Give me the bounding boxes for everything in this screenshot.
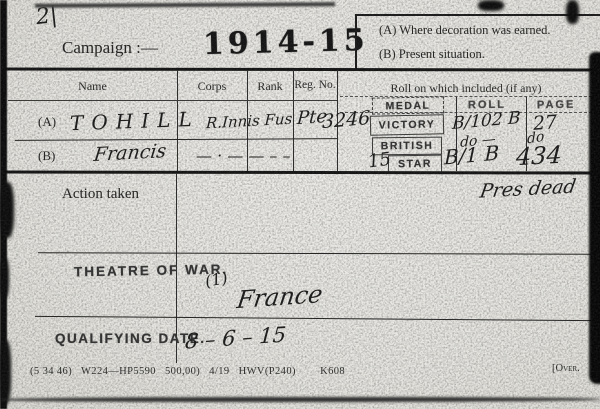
scan-smudge-top <box>35 2 335 8</box>
scan-smudge-bottom <box>0 397 600 402</box>
column-header-roll: Roll on which included (if any) <box>340 81 592 96</box>
legend-box: (A) Where decoration was earned. (B) Pre… <box>355 14 600 71</box>
theatre-value: France <box>235 280 324 314</box>
column-header-reg-no: Reg. No. <box>291 79 339 91</box>
column-header-name: Name <box>8 79 177 94</box>
theatre-number: (1) <box>204 268 230 291</box>
row-a-name: TOHILL <box>70 107 200 136</box>
scan-edge-right <box>589 52 600 384</box>
victory-medal-stamp: VICTORY <box>370 114 444 136</box>
scan-blob-left-1 <box>0 182 14 238</box>
column-header-corps: Corps <box>177 79 247 94</box>
column-header-rank: Rank <box>247 79 293 94</box>
campaign-year: 1914-15 <box>203 23 370 62</box>
presumed-dead-note: Pres dead <box>478 175 577 202</box>
qualifying-date-value: 8 – 6 – 15 <box>184 322 287 353</box>
printer-code: (5 34 46) W224—HP5590 500,00) 4/19 HWV(P… <box>30 366 345 377</box>
qualifying-date-stamp: QUALIFYING DATE. <box>55 331 206 346</box>
divider-action-theatre <box>38 252 592 254</box>
scan-blob-left-2 <box>0 258 9 298</box>
divider-under-left-headers <box>8 100 337 101</box>
action-taken-label: Action taken <box>62 186 139 203</box>
page-column-stamp: PAGE <box>537 99 576 112</box>
star-prefix-15: 15 <box>367 149 393 173</box>
divider-theatre-qualifying <box>35 316 592 321</box>
row-a-corps: R.Innis Fus <box>206 110 293 133</box>
row-b-label: (B) <box>38 148 55 164</box>
star-roll-value: B/1 B <box>444 141 499 170</box>
legend-line-b: (B) Present situation. <box>379 47 600 62</box>
divider-rows-bottom <box>4 170 600 174</box>
scan-mark-top-right <box>566 0 579 24</box>
legend-line-a: (A) Where decoration was earned. <box>379 23 600 38</box>
medal-column-stamp: MEDAL <box>372 96 444 114</box>
row-a-reg-no: 3246 <box>322 107 371 133</box>
over-note: [Over. <box>552 363 580 374</box>
campaign-label: Campaign :— <box>62 38 158 58</box>
scan-blob-top-right <box>478 0 504 11</box>
row-a-label: (A) <box>38 114 56 130</box>
divider-header <box>4 67 600 71</box>
medal-index-card: 2| Campaign :— 1914-15 (A) Where decorat… <box>0 0 600 409</box>
star-page-value: 434 <box>515 141 562 172</box>
row-b-name: Francis <box>93 140 168 166</box>
row-b-dashes: — · — — – – <box>196 146 291 165</box>
divider-row-a-b <box>15 138 337 141</box>
scan-blob-left-3 <box>0 340 11 404</box>
